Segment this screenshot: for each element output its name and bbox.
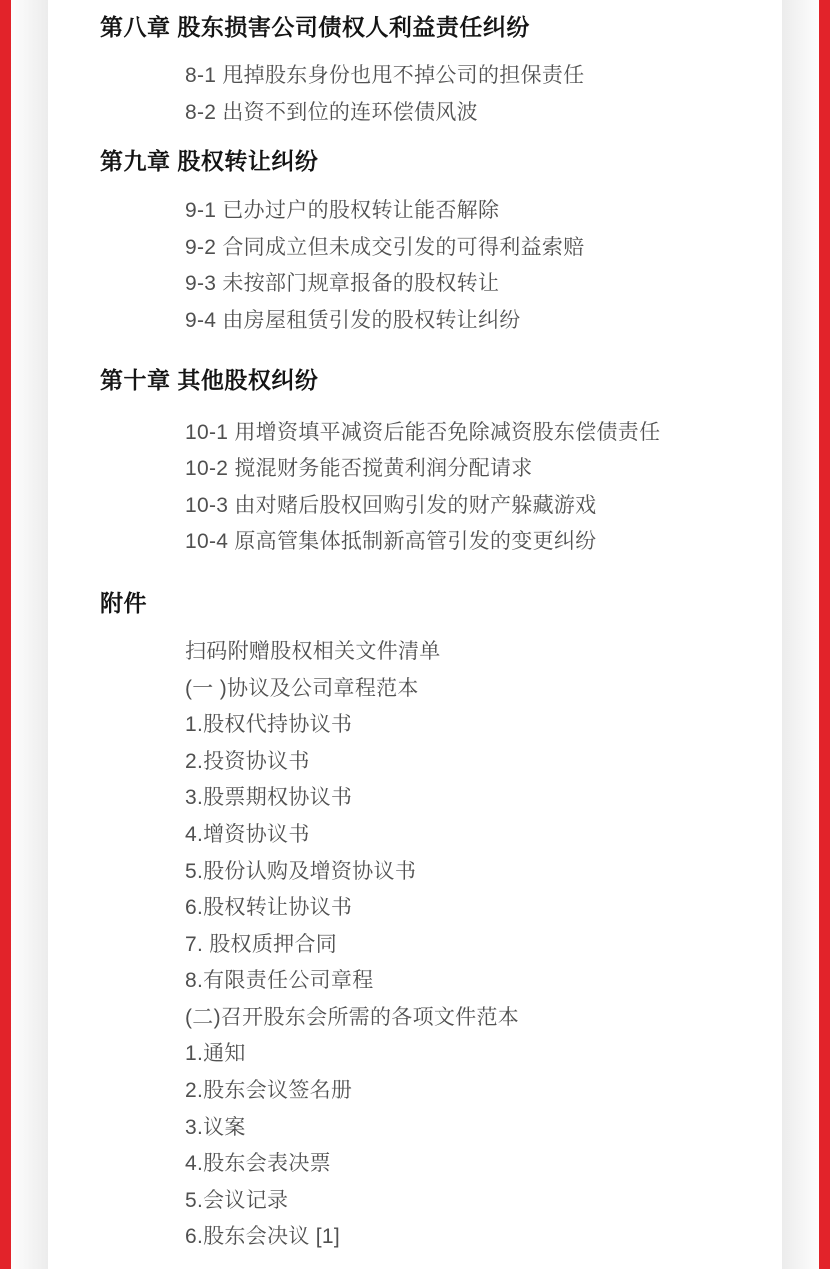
toc-item: 8-2 出资不到位的连环偿债风波 — [185, 95, 782, 132]
toc-item: 10-4 原高管集体抵制新高管引发的变更纠纷 — [185, 524, 782, 561]
toc-item: 扫码附赠股权相关文件清单 — [185, 634, 782, 671]
chapter-heading: 第十章 其他股权纠纷 — [48, 365, 782, 395]
toc-section: 第八章 股东损害公司债权人利益责任纠纷 8-1 甩掉股东身份也甩不掉公司的担保责… — [48, 12, 782, 131]
toc-item: 3.议案 — [185, 1110, 782, 1147]
right-red-border — [819, 0, 830, 1269]
left-page-shadow — [11, 0, 48, 1269]
toc-item: 4.增资协议书 — [185, 817, 782, 854]
toc-section: 第十章 其他股权纠纷 10-1 用增资填平减资后能否免除减资股东偿债责任 10-… — [48, 365, 782, 561]
chapter-item-list: 9-1 已办过户的股权转让能否解除 9-2 合同成立但未成交引发的可得利益索赔 … — [48, 193, 782, 339]
toc-item: 6.股权转让协议书 — [185, 890, 782, 927]
toc-item: 2.投资协议书 — [185, 744, 782, 781]
toc-item: 10-3 由对赌后股权回购引发的财产躲藏游戏 — [185, 488, 782, 525]
toc-item: 5.会议记录 — [185, 1183, 782, 1220]
toc-item: 5.股份认购及增资协议书 — [185, 854, 782, 891]
toc-item: 9-1 已办过户的股权转让能否解除 — [185, 193, 782, 230]
right-page-shadow — [782, 0, 819, 1269]
toc-item: (一 )协议及公司章程范本 — [185, 671, 782, 708]
toc-item: 10-2 搅混财务能否搅黄利润分配请求 — [185, 451, 782, 488]
chapter-item-list: 10-1 用增资填平减资后能否免除减资股东偿债责任 10-2 搅混财务能否搅黄利… — [48, 415, 782, 561]
toc-item: 9-3 未按部门规章报备的股权转让 — [185, 266, 782, 303]
left-red-border — [0, 0, 11, 1269]
toc-item: 8-1 甩掉股东身份也甩不掉公司的担保责任 — [185, 58, 782, 95]
chapter-item-list: 8-1 甩掉股东身份也甩不掉公司的担保责任 8-2 出资不到位的连环偿债风波 — [48, 58, 782, 131]
toc-item: 1.股权代持协议书 — [185, 707, 782, 744]
toc-item: 2.股东会议签名册 — [185, 1073, 782, 1110]
chapter-heading: 附件 — [48, 588, 782, 618]
toc-item: (二)召开股东会所需的各项文件范本 — [185, 1000, 782, 1037]
toc-item: 9-4 由房屋租赁引发的股权转让纠纷 — [185, 303, 782, 340]
toc-item: 10-1 用增资填平减资后能否免除减资股东偿债责任 — [185, 415, 782, 452]
table-of-contents: 第八章 股东损害公司债权人利益责任纠纷 8-1 甩掉股东身份也甩不掉公司的担保责… — [48, 0, 782, 1256]
chapter-item-list: 扫码附赠股权相关文件清单 (一 )协议及公司章程范本 1.股权代持协议书 2.投… — [48, 634, 782, 1256]
toc-section: 附件 扫码附赠股权相关文件清单 (一 )协议及公司章程范本 1.股权代持协议书 … — [48, 588, 782, 1256]
chapter-heading: 第八章 股东损害公司债权人利益责任纠纷 — [48, 12, 782, 42]
toc-section: 第九章 股权转让纠纷 9-1 已办过户的股权转让能否解除 9-2 合同成立但未成… — [48, 146, 782, 339]
toc-item: 7. 股权质押合同 — [185, 927, 782, 964]
chapter-heading: 第九章 股权转让纠纷 — [48, 146, 782, 176]
toc-item: 8.有限责任公司章程 — [185, 963, 782, 1000]
toc-item: 6.股东会决议 [1] — [185, 1219, 782, 1256]
toc-item: 9-2 合同成立但未成交引发的可得利益索赔 — [185, 230, 782, 267]
toc-item: 3.股票期权协议书 — [185, 780, 782, 817]
toc-item: 1.通知 — [185, 1036, 782, 1073]
toc-item: 4.股东会表决票 — [185, 1146, 782, 1183]
